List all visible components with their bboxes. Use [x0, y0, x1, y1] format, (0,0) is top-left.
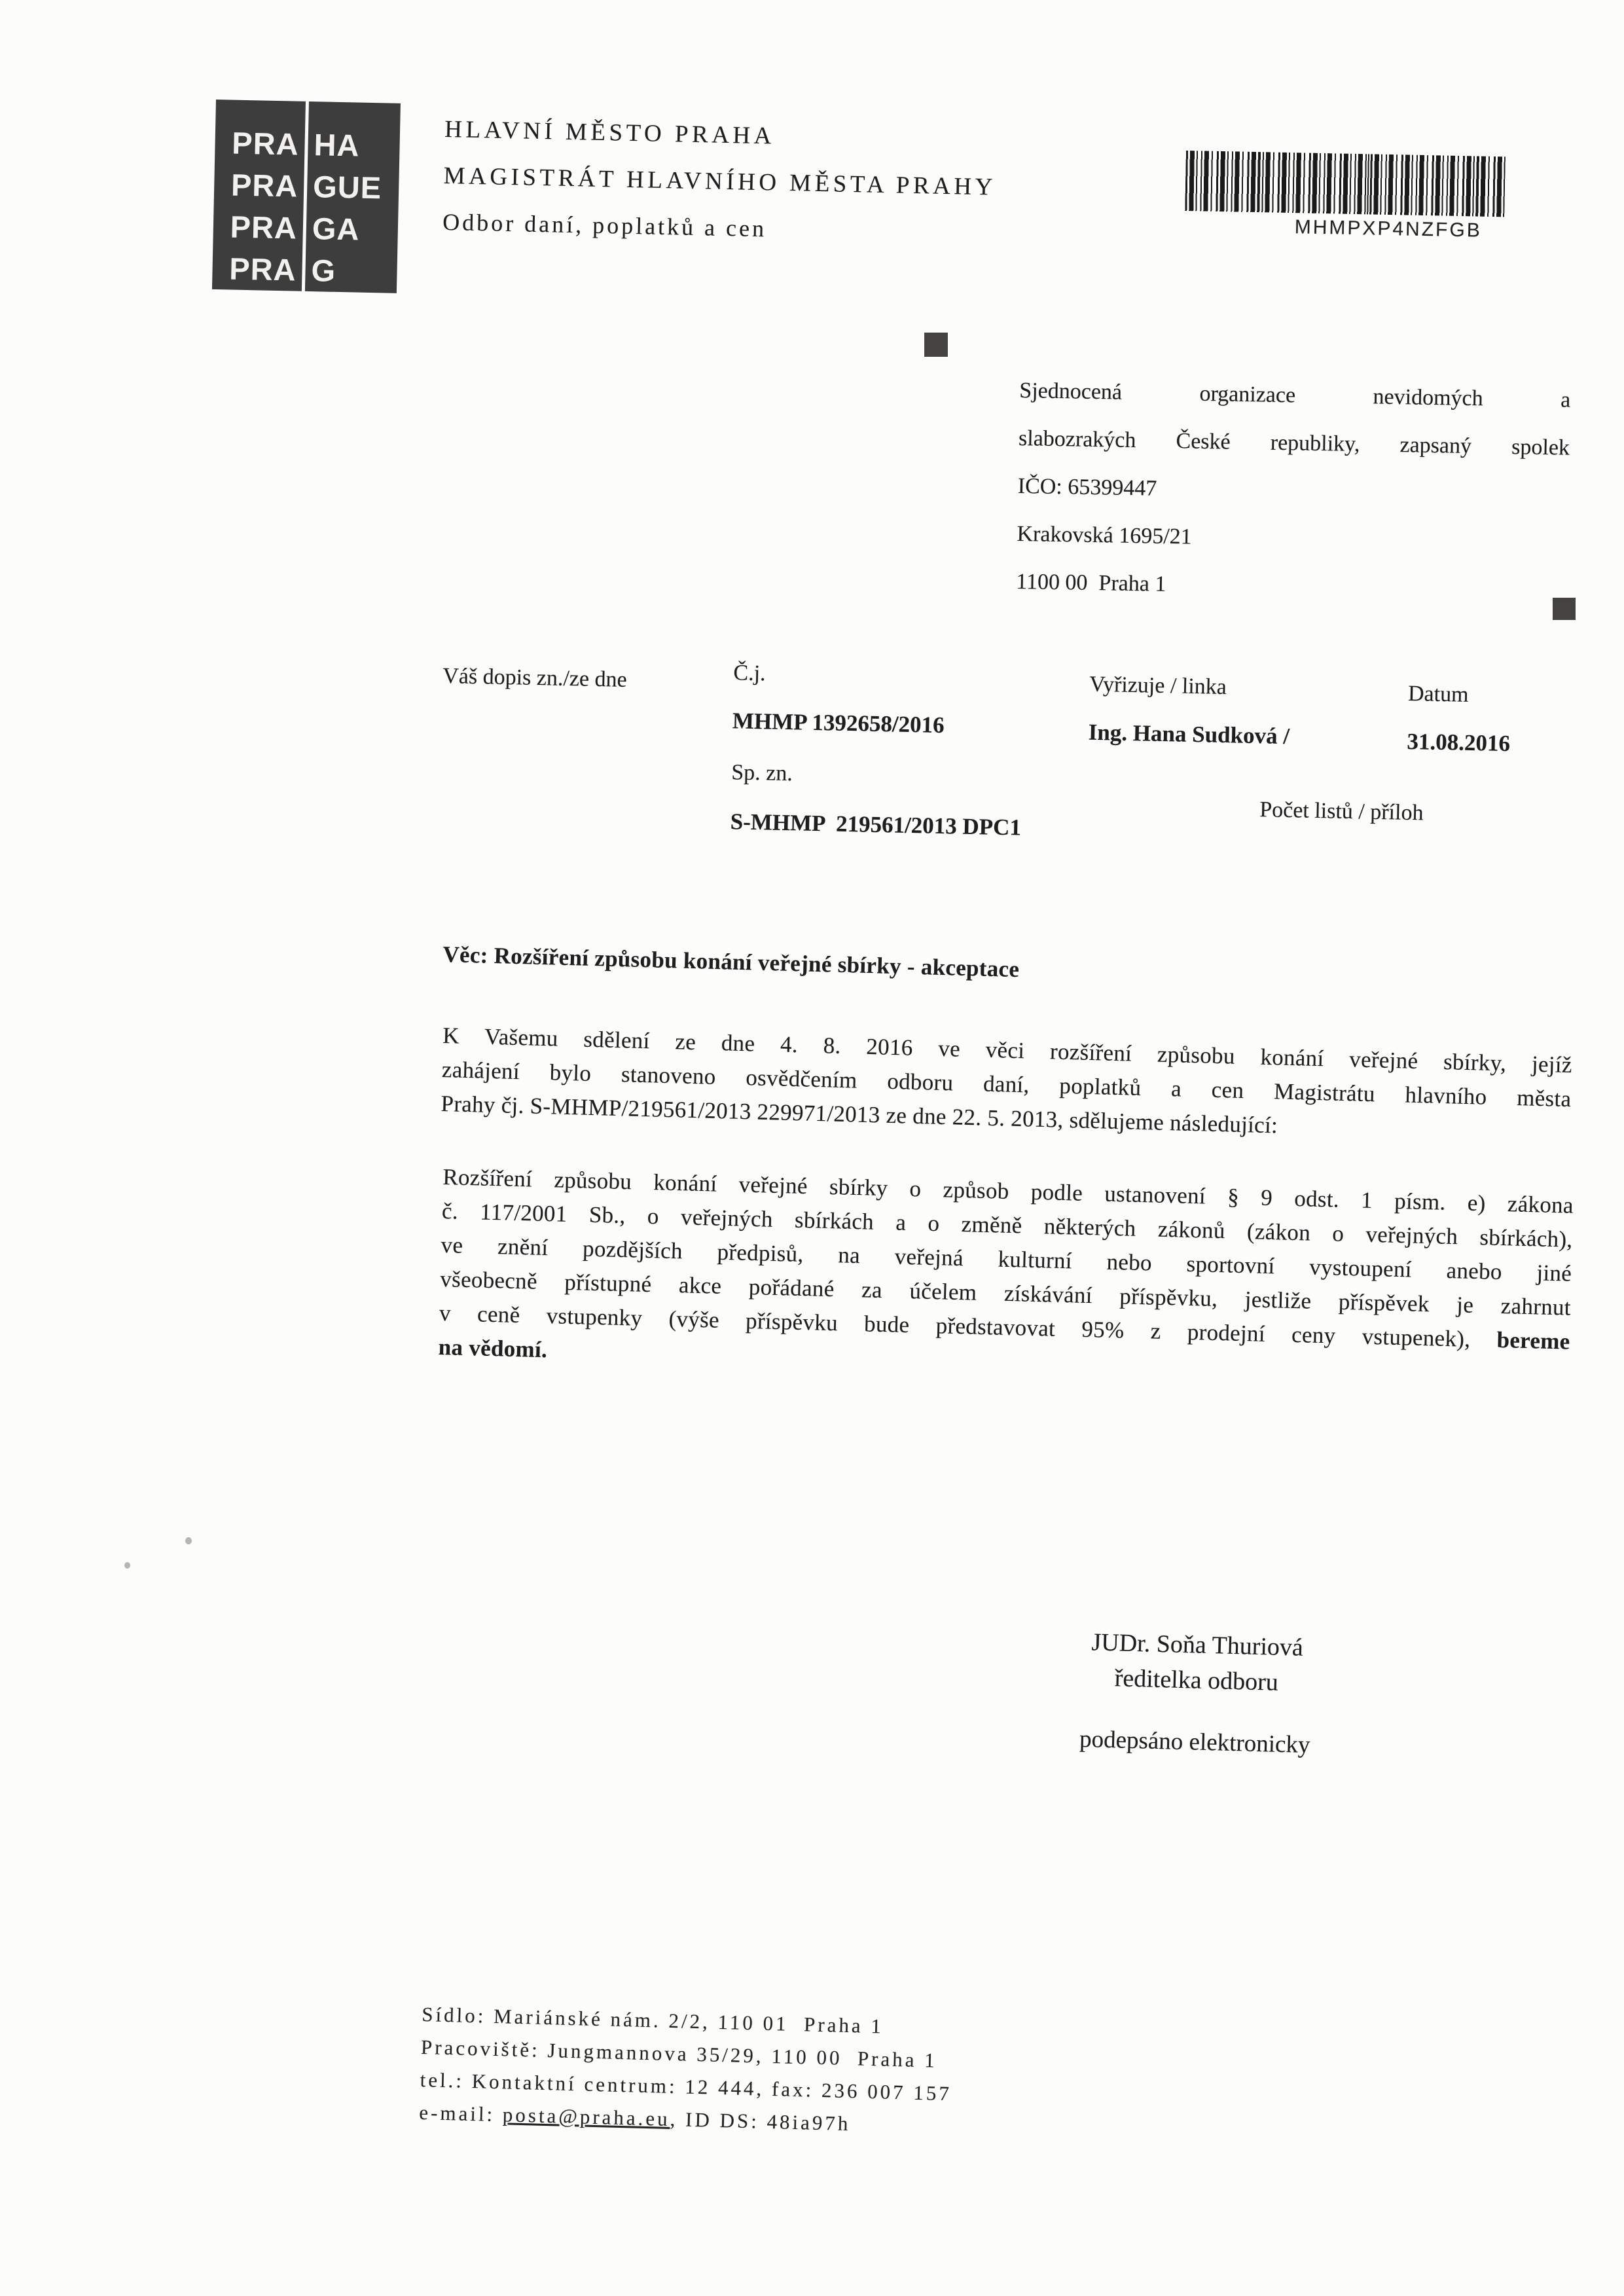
reference-block: Váš dopis zn./ze dne Č.j. MHMP 1392658/2…: [439, 655, 1623, 863]
logo-text-right: GUE: [313, 166, 399, 210]
logo-text-right: G: [311, 249, 397, 293]
signature-block: JUDr. Soňa Thuriová ředitelka odboru pod…: [1005, 1622, 1388, 1761]
body-line-bold-text: bereme: [1496, 1327, 1570, 1355]
footer-email-link[interactable]: posta@praha.eu: [502, 2103, 670, 2130]
logo-text-left: PRA: [214, 164, 298, 208]
logo-text-right: GA: [312, 208, 398, 251]
electronic-signature-note: podepsáno elektronicky: [1005, 1723, 1385, 1761]
letterhead: HLAVNÍ MĚSTO PRAHA MAGISTRÁT HLAVNÍHO MĚ…: [442, 106, 998, 257]
logo-text-left: PRA: [212, 247, 297, 291]
sp-value: S-MHMP 219561/2013 DPC1: [730, 809, 1021, 841]
cj-label: Č.j.: [733, 661, 766, 686]
barcode-block: MHMPXP4NZFGB: [1184, 151, 1505, 242]
scan-mark-square-1: [924, 333, 948, 357]
barcode-image: [1185, 151, 1506, 217]
praha-logo: PRA PRA PRA PRA HA GUE GA G: [212, 100, 401, 293]
footer-id-ds: , ID DS: 48ia97h: [670, 2107, 851, 2135]
praha-logo-right-column: HA GUE GA G: [305, 101, 401, 293]
footer-email-label: e-mail:: [419, 2101, 503, 2126]
recipient-city: 1100 00 Praha 1: [1016, 558, 1568, 615]
handler-label: Vyřizuje / linka: [1089, 672, 1227, 700]
logo-text-left: PRA: [213, 206, 297, 249]
logo-text-left: PRA: [215, 122, 299, 166]
praha-logo-left-column: PRA PRA PRA PRA: [212, 100, 306, 291]
subject-line: Věc: Rozšíření způsobu konání veřejné sb…: [442, 941, 1020, 983]
body-paragraph-2: Rozšíření způsobu konání veřejné sbírky …: [438, 1160, 1574, 1393]
date-value: 31.08.2016: [1407, 729, 1510, 757]
your-letter-label: Váš dopis zn./ze dne: [442, 664, 627, 693]
pages-label: Počet listů / příloh: [1259, 797, 1424, 826]
sp-label: Sp. zn.: [731, 760, 793, 786]
date-label: Datum: [1408, 682, 1469, 708]
scan-speck-2: [124, 1562, 130, 1569]
cj-value: MHMP 1392658/2016: [732, 708, 945, 738]
recipient-address: Sjednocená organizace nevidomých a slabo…: [1016, 367, 1571, 615]
handler-value: Ing. Hana Sudková /: [1088, 720, 1290, 750]
scanned-letter-page: PRA PRA PRA PRA HA GUE GA G HLAVNÍ MĚSTO…: [0, 0, 1624, 2296]
logo-text-right: HA: [314, 124, 400, 168]
footer-contact-block: Sídlo: Mariánské nám. 2/2, 110 01 Praha …: [419, 1998, 954, 2143]
body-paragraph-1: K Vašemu sdělení ze dne 4. 8. 2016 ve vě…: [441, 1019, 1572, 1150]
barcode-code: MHMPXP4NZFGB: [1294, 216, 1504, 242]
scan-speck-1: [185, 1537, 192, 1544]
